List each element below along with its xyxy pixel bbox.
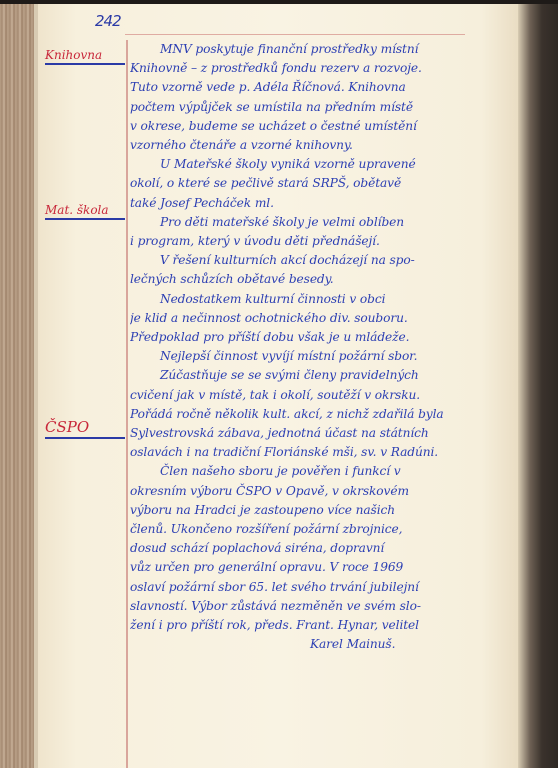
text-line: okresním výboru ČSPO v Opavě, v okrskové… [130, 482, 510, 501]
text-line: Tuto vzorně vede p. Adéla Říčnová. Kniho… [130, 78, 510, 97]
text-line: žení i pro příští rok, předs. Frant. Hyn… [130, 616, 510, 635]
text-line: i program, který v úvodu děti přednášejí… [130, 232, 510, 251]
text-line: Pořádá ročně několik kult. akcí, z nichž… [130, 405, 510, 424]
text-line: také Josef Pecháček ml. [130, 194, 510, 213]
text-line: vůz určen pro generální opravu. V roce 1… [130, 558, 510, 577]
text-line: Knihovně – z prostředků fondu rezerv a r… [130, 59, 510, 78]
text-line: okolí, o které se pečlivě stará SRPŠ, ob… [130, 174, 510, 193]
text-line: je klid a nečinnost ochotnického div. so… [130, 309, 510, 328]
text-line: MNV poskytuje finanční prostředky místní [130, 40, 510, 59]
header-rule [125, 34, 465, 35]
text-line: Nejlepší činnost vyvíjí místní požární s… [130, 347, 510, 366]
margin-label-knihovna: Knihovna [45, 48, 125, 65]
text-line: v okrese, budeme se ucházet o čestné umí… [130, 117, 510, 136]
text-line: Zúčastňuje se se svými členy pravidelnýc… [130, 366, 510, 385]
margin-label-cspo: ČSPO [45, 418, 125, 439]
signature-line: Karel Mainuš. [130, 635, 510, 654]
book-page-edges [0, 4, 40, 768]
text-line: slavností. Výbor zůstává nezměněn ve své… [130, 597, 510, 616]
text-line: oslavách i na tradiční Floriánské mši, s… [130, 443, 510, 462]
text-line: lečných schůzích obětavé besedy. [130, 270, 510, 289]
text-line: Člen našeho sboru je pověřen i funkcí v [130, 462, 510, 481]
text-line: oslaví požární sbor 65. let svého trvání… [130, 578, 510, 597]
text-line: Nedostatkem kulturní činnosti v obci [130, 290, 510, 309]
text-line: Předpoklad pro příští dobu však je u mlá… [130, 328, 510, 347]
text-line: dosud schází poplachová siréna, dopravní [130, 539, 510, 558]
text-line: V řešení kulturních akcí docházejí na sp… [130, 251, 510, 270]
text-line: vzorného čtenáře a vzorné knihovny. [130, 136, 510, 155]
text-line: členů. Ukončeno rozšíření požární zbrojn… [130, 520, 510, 539]
page-number: 242 [95, 12, 121, 30]
margin-rule [126, 40, 128, 768]
book-gutter [518, 4, 558, 768]
text-line: cvičení jak v místě, tak i okolí, soutěž… [130, 386, 510, 405]
text-line: Pro děti mateřské školy je velmi oblíben [130, 213, 510, 232]
text-line: výboru na Hradci je zastoupeno více naši… [130, 501, 510, 520]
margin-label-mat-skola: Mat. škola [45, 203, 125, 220]
text-line: počtem výpůjček se umístila na předním m… [130, 98, 510, 117]
handwritten-text: MNV poskytuje finanční prostředky místní… [130, 40, 510, 655]
text-line: U Mateřské školy vyniká vzorně upravené [130, 155, 510, 174]
text-line: Sylvestrovská zábava, jednotná účast na … [130, 424, 510, 443]
